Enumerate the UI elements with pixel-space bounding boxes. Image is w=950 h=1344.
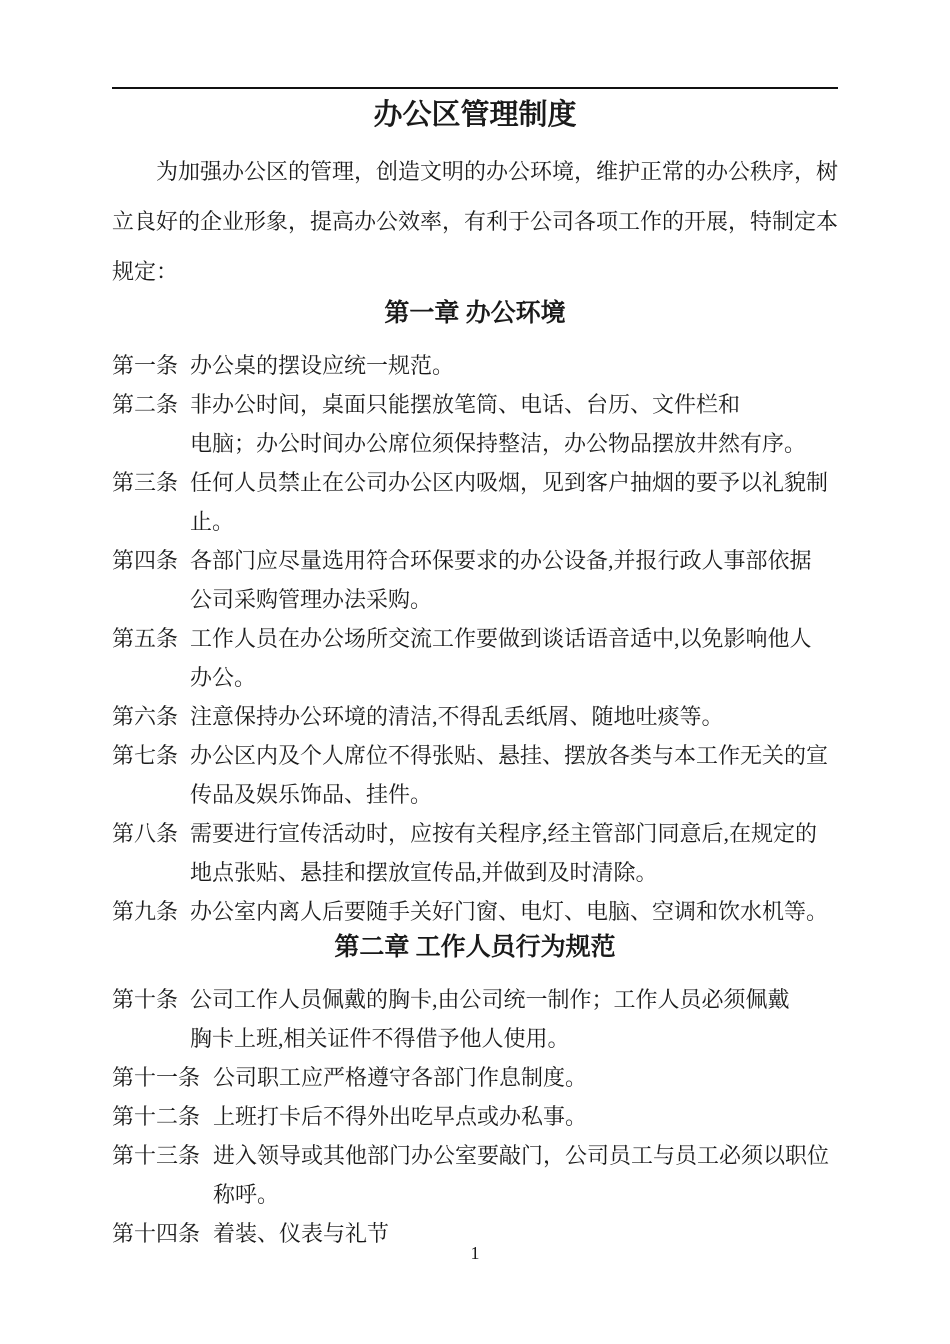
article-line: 各部门应尽量选用符合环保要求的办公设备,并报行政人事部依据 — [190, 541, 838, 580]
article-label: 第八条 — [112, 814, 178, 853]
intro-paragraph: 为加强办公区的管理，创造文明的办公环境，维护正常的办公秩序，树 立良好的企业形象… — [112, 147, 838, 297]
document-page: 办公区管理制度 为加强办公区的管理，创造文明的办公环境，维护正常的办公秩序，树 … — [0, 0, 950, 1344]
article-line: 注意保持办公环境的清洁,不得乱丢纸屑、随地吐痰等。 — [190, 697, 838, 736]
article: 第十一条公司职工应严格遵守各部门作息制度。 — [112, 1058, 838, 1097]
article-line: 公司职工应严格遵守各部门作息制度。 — [213, 1058, 838, 1097]
intro-line: 规定： — [112, 247, 838, 297]
article-line: 非办公时间，桌面只能摆放笔筒、电话、台历、文件栏和 — [190, 385, 838, 424]
article-label: 第七条 — [112, 736, 178, 775]
article-label: 第十一条 — [112, 1058, 200, 1097]
article-line: 公司工作人员佩戴的胸卡,由公司统一制作；工作人员必须佩戴 — [190, 980, 838, 1019]
article: 第十三条进入领导或其他部门办公室要敲门，公司员工与员工必须以职位称呼。 — [112, 1136, 838, 1214]
article-label: 第十二条 — [112, 1097, 200, 1136]
article-label: 第四条 — [112, 541, 178, 580]
article-label: 第十条 — [112, 980, 178, 1019]
article-line: 办公。 — [190, 658, 838, 697]
article-label: 第二条 — [112, 385, 178, 424]
article-line: 办公桌的摆设应统一规范。 — [190, 346, 838, 385]
article: 第三条任何人员禁止在公司办公区内吸烟，见到客户抽烟的要予以礼貌制止。 — [112, 463, 838, 541]
article: 第七条办公区内及个人席位不得张贴、悬挂、摆放各类与本工作无关的宣传品及娱乐饰品、… — [112, 736, 838, 814]
article-line: 地点张贴、悬挂和摆放宣传品,并做到及时清除。 — [190, 853, 838, 892]
article-line: 进入领导或其他部门办公室要敲门，公司员工与员工必须以职位 — [213, 1136, 838, 1175]
article-line: 电脑；办公时间办公席位须保持整洁，办公物品摆放井然有序。 — [190, 424, 838, 463]
article-line: 止。 — [190, 502, 838, 541]
article-line: 办公区内及个人席位不得张贴、悬挂、摆放各类与本工作无关的宣 — [190, 736, 838, 775]
article-line: 传品及娱乐饰品、挂件。 — [190, 775, 838, 814]
article: 第二条非办公时间，桌面只能摆放笔筒、电话、台历、文件栏和电脑；办公时间办公席位须… — [112, 385, 838, 463]
article-line: 称呼。 — [213, 1175, 838, 1214]
article-line: 需要进行宣传活动时，应按有关程序,经主管部门同意后,在规定的 — [190, 814, 838, 853]
article-label: 第五条 — [112, 619, 178, 658]
header-rule — [112, 87, 838, 89]
article: 第四条各部门应尽量选用符合环保要求的办公设备,并报行政人事部依据公司采购管理办法… — [112, 541, 838, 619]
document-content: 办公区管理制度 为加强办公区的管理，创造文明的办公环境，维护正常的办公秩序，树 … — [112, 87, 838, 1253]
chapters: 第一章 办公环境第一条办公桌的摆设应统一规范。第二条非办公时间，桌面只能摆放笔筒… — [112, 297, 838, 1253]
document-title: 办公区管理制度 — [112, 95, 838, 135]
article-label: 第十三条 — [112, 1136, 200, 1175]
article-line: 办公室内离人后要随手关好门窗、电灯、电脑、空调和饮水机等。 — [190, 892, 838, 931]
article: 第六条注意保持办公环境的清洁,不得乱丢纸屑、随地吐痰等。 — [112, 697, 838, 736]
article-label: 第六条 — [112, 697, 178, 736]
article-line: 工作人员在办公场所交流工作要做到谈话语音适中,以免影响他人 — [190, 619, 838, 658]
article: 第九条办公室内离人后要随手关好门窗、电灯、电脑、空调和饮水机等。 — [112, 892, 838, 931]
intro-line: 为加强办公区的管理，创造文明的办公环境，维护正常的办公秩序，树 — [112, 147, 838, 197]
article: 第五条工作人员在办公场所交流工作要做到谈话语音适中,以免影响他人办公。 — [112, 619, 838, 697]
article-line: 任何人员禁止在公司办公区内吸烟，见到客户抽烟的要予以礼貌制 — [190, 463, 838, 502]
page-number: 1 — [0, 1242, 950, 1264]
article: 第十二条上班打卡后不得外出吃早点或办私事。 — [112, 1097, 838, 1136]
article-label: 第九条 — [112, 892, 178, 931]
article: 第一条办公桌的摆设应统一规范。 — [112, 346, 838, 385]
article: 第八条需要进行宣传活动时，应按有关程序,经主管部门同意后,在规定的地点张贴、悬挂… — [112, 814, 838, 892]
article-label: 第三条 — [112, 463, 178, 502]
intro-line: 立良好的企业形象，提高办公效率，有利于公司各项工作的开展，特制定本 — [112, 197, 838, 247]
chapter-heading: 第二章 工作人员行为规范 — [112, 931, 838, 965]
article-line: 公司采购管理办法采购。 — [190, 580, 838, 619]
article: 第十条公司工作人员佩戴的胸卡,由公司统一制作；工作人员必须佩戴胸卡上班,相关证件… — [112, 980, 838, 1058]
article-label: 第一条 — [112, 346, 178, 385]
article-line: 上班打卡后不得外出吃早点或办私事。 — [213, 1097, 838, 1136]
chapter-heading: 第一章 办公环境 — [112, 297, 838, 331]
article-line: 胸卡上班,相关证件不得借予他人使用。 — [190, 1019, 838, 1058]
